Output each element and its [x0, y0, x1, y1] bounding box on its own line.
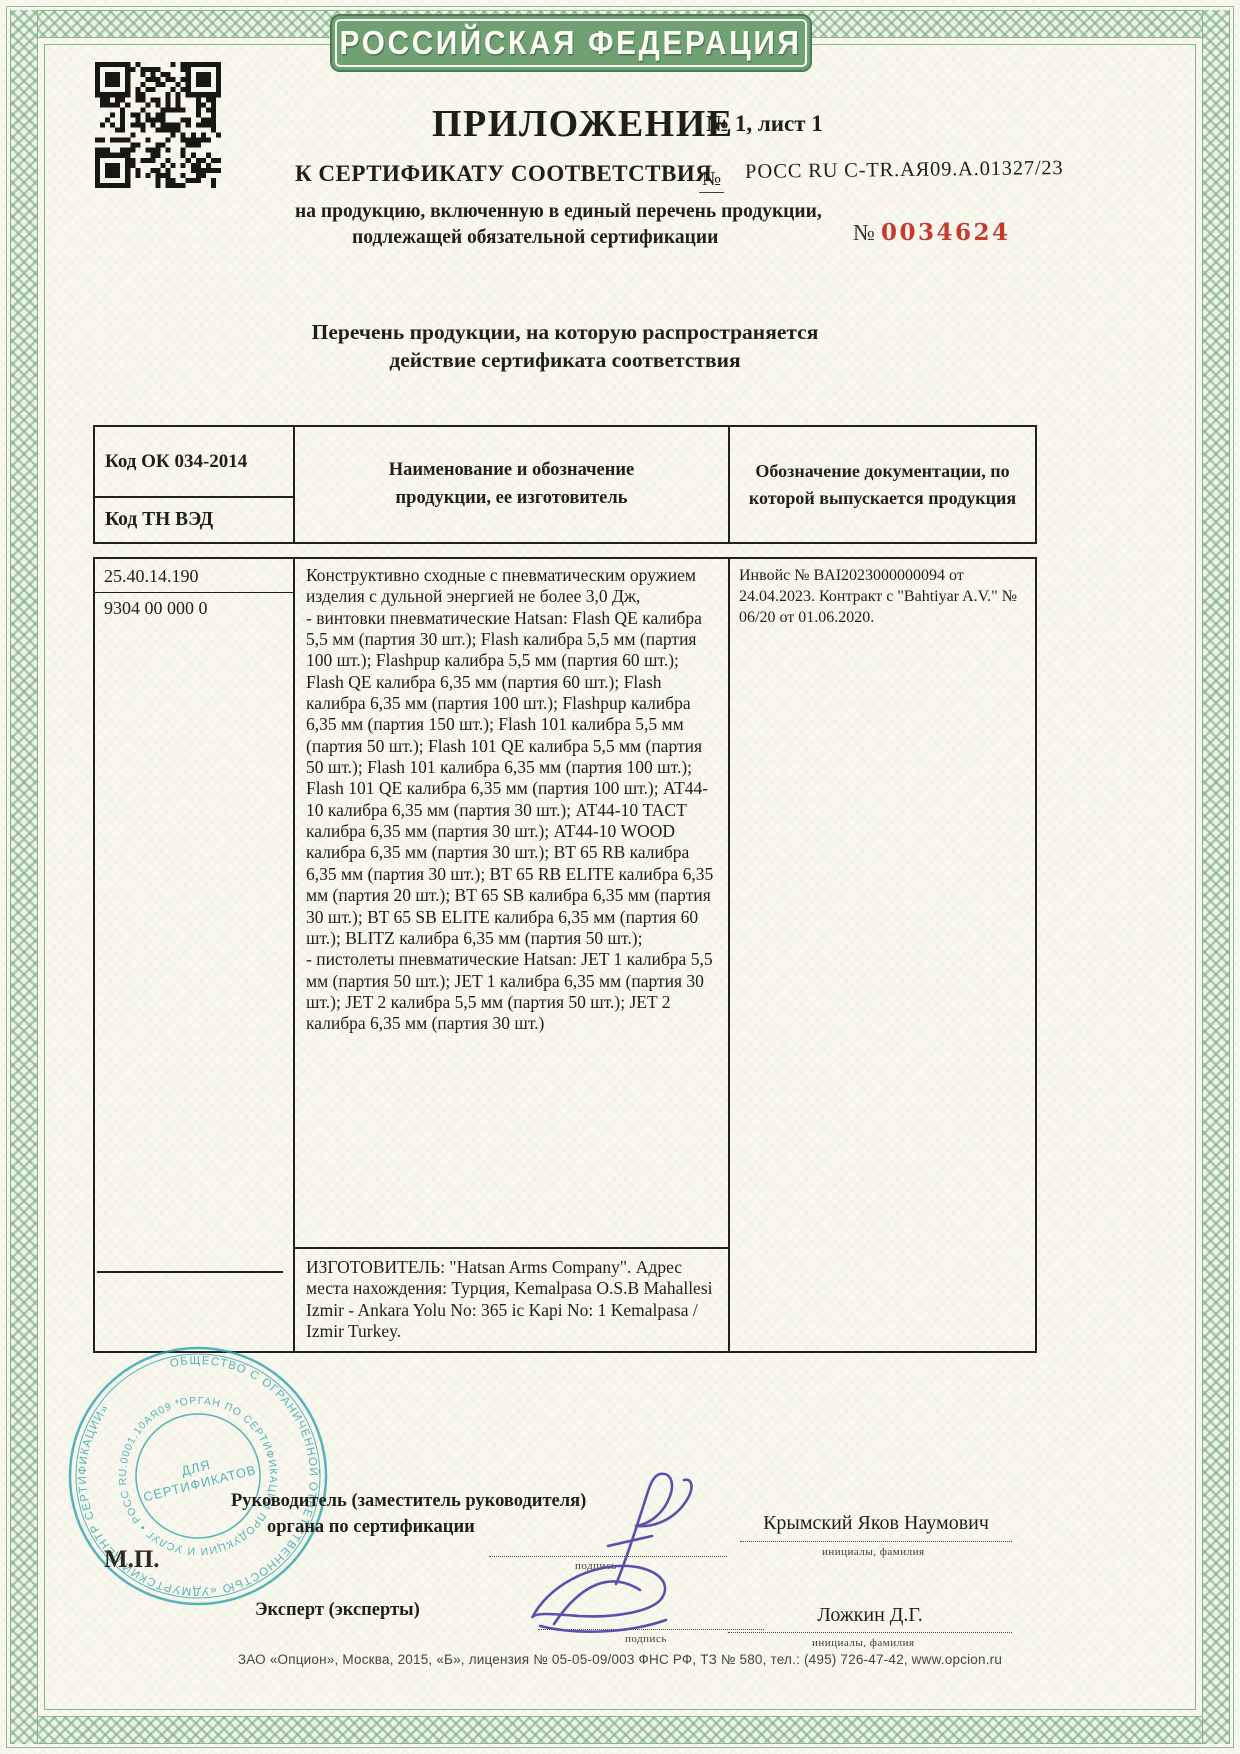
guilloche-border-bottom: [10, 1716, 1230, 1744]
federation-banner-title: РОССИЙСКАЯ ФЕДЕРАЦИЯ: [340, 24, 802, 62]
expert-signature-line: [538, 1629, 764, 1630]
empty-cell-line: [97, 1271, 283, 1273]
certificate-subtitle: К СЕРТИФИКАТУ СООТВЕТСТВИЯ: [295, 161, 712, 187]
description-line-1: на продукцию, включенную в единый перече…: [295, 201, 822, 223]
header-code-tnved: Код ТН ВЭД: [95, 498, 293, 542]
head-signature-line: [489, 1556, 727, 1557]
head-signature-label: подпись: [575, 1560, 617, 1572]
blank-number-sign: №: [853, 220, 875, 245]
product-pistols: - пистолеты пневматические Hatsan: JET 1…: [306, 949, 718, 1034]
table-body: 25.40.14.190 9304 00 000 0 Конструктивно…: [93, 557, 1037, 1353]
head-name-label: инициалы, фамилия: [822, 1546, 925, 1558]
certificate-number: РОСС RU C-TR.АЯ09.А.01327/23: [745, 157, 1064, 184]
header-code-ok: Код ОК 034-2014: [95, 427, 293, 498]
product-list-heading-line1: Перечень продукции, на которую распростр…: [93, 318, 1037, 346]
expert-name: Ложкин Д.Г.: [728, 1604, 1012, 1627]
manufacturer-cell: ИЗГОТОВИТЕЛЬ: "Hatsan Arms Company". Адр…: [295, 1249, 730, 1351]
product-rifles: - винтовки пневматические Hatsan: Flash …: [306, 608, 718, 950]
table-header: Код ОК 034-2014 Код ТН ВЭД Наименование …: [93, 425, 1037, 544]
blank-number-value: 0034624: [881, 219, 1011, 246]
qr-code-icon: [95, 62, 221, 188]
head-role-line2: органа по сертификации: [267, 1517, 475, 1538]
header-documentation-text: Обозначение документации, по которой вып…: [738, 458, 1028, 512]
product-list-heading-line2: действие сертификата соответствия: [93, 346, 1037, 374]
head-name: Крымский Яков Наумович: [740, 1512, 1012, 1535]
head-name-line: [740, 1541, 1012, 1542]
code-ok-value: 25.40.14.190: [95, 559, 293, 593]
documentation-text: Инвойс № BAI2023000000094 от 24.04.2023.…: [739, 566, 1027, 628]
header-product-name: Наименование и обозначение продукции, ее…: [295, 427, 730, 542]
guilloche-border-left: [10, 10, 38, 1744]
blank-form-number: №0034624: [853, 219, 1010, 246]
expert-role: Эксперт (эксперты): [255, 1600, 420, 1621]
documentation-cell: Инвойс № BAI2023000000094 от 24.04.2023.…: [730, 559, 1035, 1351]
header-documentation: Обозначение документации, по которой вып…: [730, 427, 1035, 542]
document-title: ПРИЛОЖЕНИЕ: [432, 102, 734, 146]
description-line-2: подлежащей обязательной сертификации: [352, 227, 718, 249]
stamp-place-mark: М.П.: [104, 1546, 160, 1574]
guilloche-border-right: [1202, 10, 1230, 1744]
appendix-sheet-number: № 1, лист 1: [706, 111, 823, 137]
certificate-page: РОССИЙСКАЯ ФЕДЕРАЦИЯ ПРИЛОЖЕНИЕ № 1, лис…: [0, 0, 1240, 1754]
product-description-cell: Конструктивно сходные с пневматическим о…: [295, 559, 730, 1249]
printing-house-footer: ЗАО «Опцион», Москва, 2015, «Б», лицензи…: [0, 1652, 1240, 1667]
expert-name-label: инициалы, фамилия: [812, 1637, 915, 1649]
codes-cell: 25.40.14.190 9304 00 000 0: [95, 559, 295, 1351]
expert-signature-label: подпись: [625, 1633, 667, 1645]
product-list-heading: Перечень продукции, на которую распростр…: [93, 318, 1037, 375]
certificate-number-sign: №: [699, 168, 724, 193]
head-role-line1: Руководитель (заместитель руководителя): [231, 1491, 586, 1512]
table-header-codes: Код ОК 034-2014 Код ТН ВЭД: [95, 427, 295, 542]
federation-banner: РОССИЙСКАЯ ФЕДЕРАЦИЯ: [330, 14, 812, 72]
product-intro: Конструктивно сходные с пневматическим о…: [306, 565, 718, 608]
header-product-name-text: Наименование и обозначение продукции, ее…: [362, 457, 662, 513]
code-tnved-value: 9304 00 000 0: [95, 593, 293, 623]
expert-name-line: [728, 1632, 1012, 1633]
